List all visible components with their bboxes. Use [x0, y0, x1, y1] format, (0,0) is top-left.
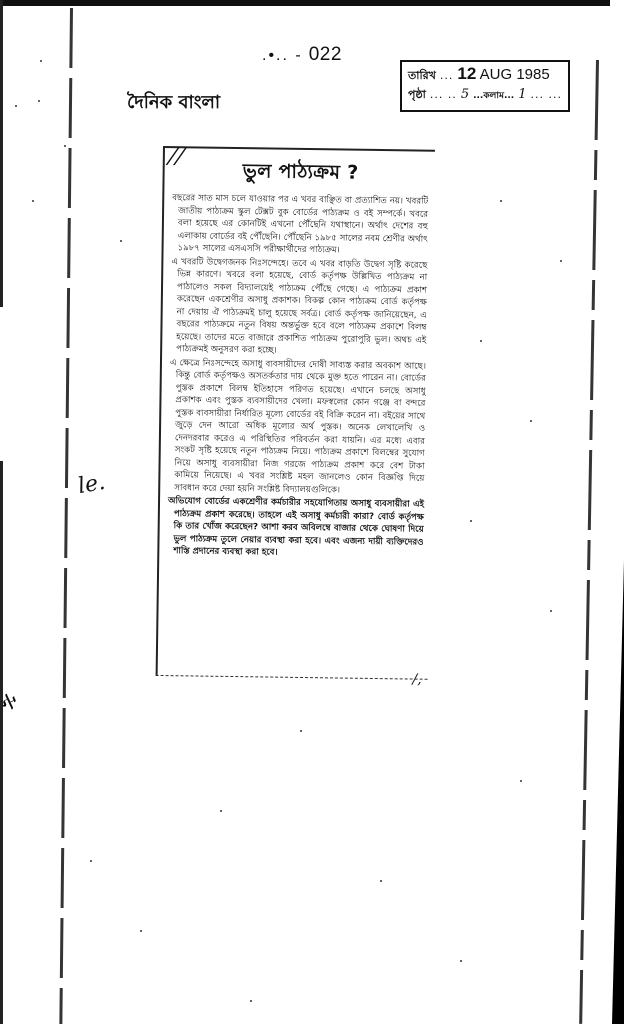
clipping-paragraph: অভিযোগ বোর্ডের একশ্রেণীর কর্মচারীর সহযোগ… — [167, 495, 424, 561]
stamp-date-label: তারিখ — [408, 67, 436, 86]
stamp-date-day: 12 — [457, 64, 476, 83]
clipping-headline: ভুল পাঠ্যক্রম ? — [172, 156, 428, 192]
stamp-column-value: 1 — [518, 87, 526, 102]
scan-right-edge — [610, 0, 624, 1024]
stamp-page-label: পৃষ্ঠা — [408, 86, 426, 105]
stamp-date-month-year: AUG 1985 — [480, 66, 550, 83]
stamp-page-dots: ... .. — [430, 88, 457, 101]
stamp-date-value: 12 AUG 1985 — [457, 64, 549, 84]
clipping-paragraph: এ ক্ষেত্রে নিঃসন্দেহে অসাধু ব্যবসায়ীদের… — [168, 357, 426, 498]
clipping-end-mark: /, — [412, 672, 421, 688]
margin-handwritten-initial: le. — [76, 470, 107, 499]
stamp-date-dots: ... — [440, 69, 454, 82]
stamp-trailing-dots: ... ... — [531, 88, 562, 101]
margin-rule-left — [59, 8, 73, 1024]
page-number: .•.. -022 — [262, 44, 342, 66]
page-number-prefix: .•.. - — [262, 47, 303, 64]
clipping-paragraph: এ খবরটি উদ্বেগজনক নিঃসন্দেহে। তবে এ খবর … — [170, 256, 427, 360]
newspaper-name: দৈনিক বাংলা — [127, 88, 220, 119]
margin-rule-right — [579, 60, 599, 1024]
stamp-date-row: তারিখ ... 12 AUG 1985 — [408, 64, 562, 86]
date-stamp: তারিখ ... 12 AUG 1985 পৃষ্ঠা ... .. 5 ..… — [400, 60, 570, 112]
newspaper-clipping: // ভুল পাঠ্যক্রম ? বছরের সাত মাস চলে যাও… — [156, 146, 435, 680]
scan-top-edge — [0, 0, 624, 6]
clipping-paragraph: বছরের সাত মাস চলে যাওয়ার পর এ খবর বাঞ্ছ… — [171, 192, 428, 258]
stamp-column-label: ...কলাম... — [473, 88, 514, 103]
stamp-page-row: পৃষ্ঠা ... .. 5 ...কলাম... 1 ... ... — [408, 86, 562, 108]
scan-left-edge — [0, 0, 3, 1024]
page-number-value: 022 — [309, 44, 342, 65]
stamp-page-value: 5 — [461, 87, 469, 102]
